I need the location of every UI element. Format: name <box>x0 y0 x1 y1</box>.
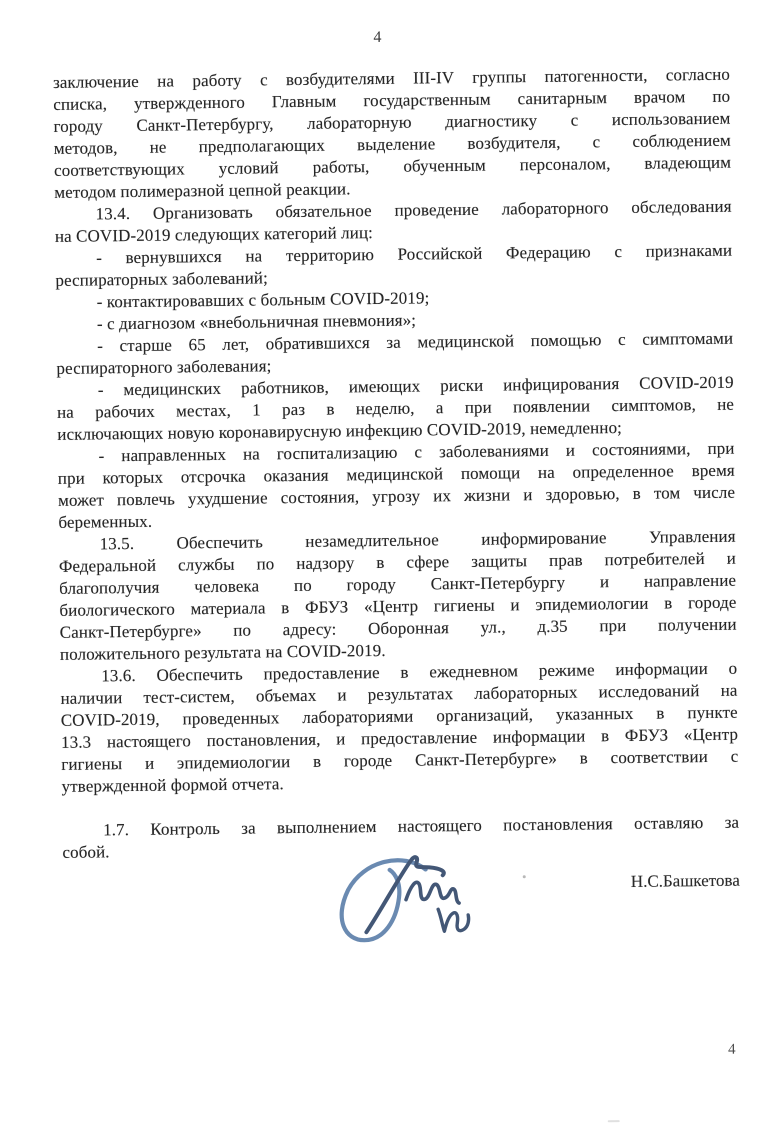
scanned-document-page: 4 заключение на работу с возбудителями I… <box>0 0 757 1143</box>
page-number-bottom: 4 <box>720 1042 744 1059</box>
signature-svg <box>325 847 486 954</box>
scan-speck <box>523 875 526 878</box>
signer-name: Н.С.Башкетова <box>600 871 740 893</box>
document-body: заключение на работу с возбудителями III… <box>53 64 740 864</box>
scan-layer: 4 заключение на работу с возбудителями I… <box>0 0 757 1143</box>
scan-smudge <box>608 1120 620 1122</box>
signature-ink <box>325 847 486 954</box>
page-number-top: 4 <box>365 29 389 47</box>
